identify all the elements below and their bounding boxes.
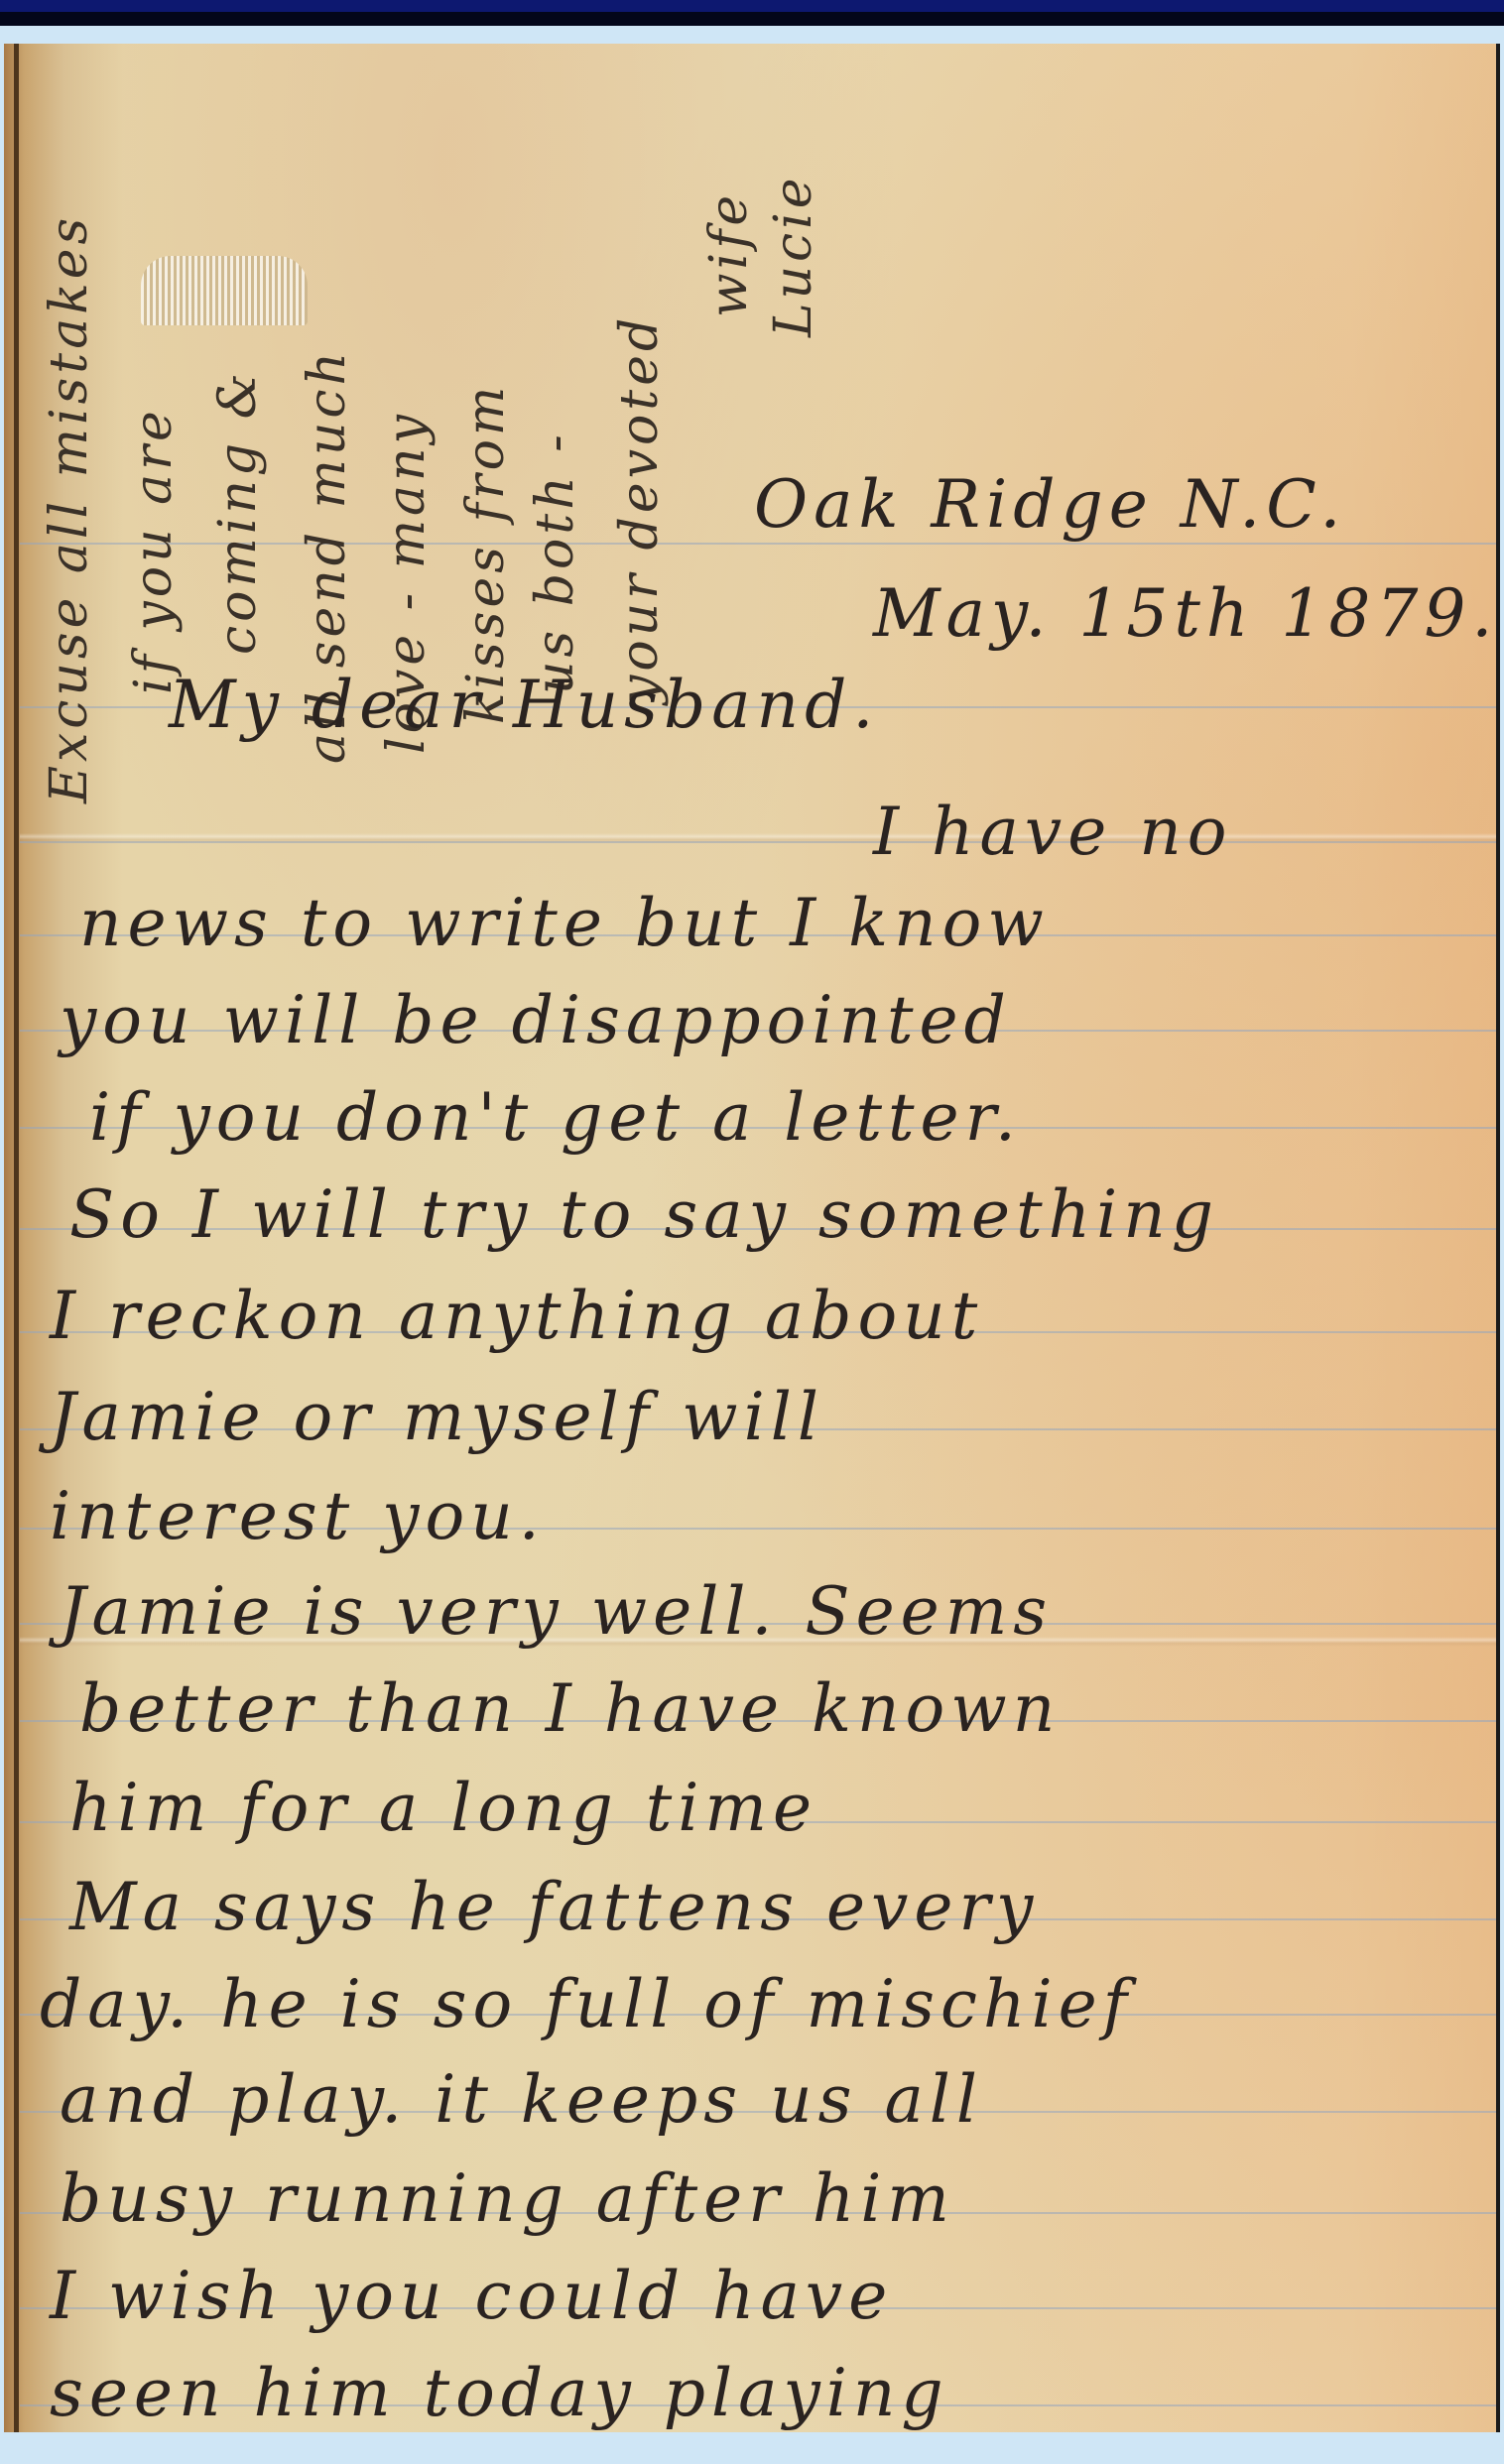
paper-fold-crease xyxy=(20,833,1496,843)
letter-body-line: if you don't get a letter. xyxy=(89,1079,1022,1156)
letter-body-line: him for a long time xyxy=(69,1770,817,1846)
letter-body-line: I wish you could have xyxy=(50,2258,893,2334)
letter-date: May. 15th 1879. xyxy=(873,575,1498,652)
letter-body-line: I have no xyxy=(873,794,1232,870)
letter-salutation: My dear Husband. xyxy=(169,667,879,743)
letter-body-line: you will be disappointed xyxy=(60,982,1012,1058)
letter-body-line: day. he is so full of mischief xyxy=(40,1966,1133,2042)
margin-note-line: Lucie xyxy=(764,174,823,337)
scan-top-border xyxy=(0,0,1504,12)
margin-note-line: if you are xyxy=(124,407,184,694)
letter-body-line: seen him today playing xyxy=(50,2355,949,2431)
letter-body-line: news to write but I know xyxy=(79,885,1050,961)
letter-body-line: and play. it keeps us all xyxy=(60,2061,983,2138)
letter-body-line: busy running after him xyxy=(60,2160,955,2237)
embossed-stamp-icon xyxy=(141,256,308,325)
letter-body-line: Ma says he fattens every xyxy=(69,1869,1039,1945)
letter-body-line: So I will try to say something xyxy=(69,1176,1219,1253)
scan-top-shadow xyxy=(0,12,1504,26)
letter-place: Oak Ridge N.C. xyxy=(754,466,1346,543)
page-fold-edge xyxy=(14,44,19,2432)
letter-body-line: Jamie is very well. Seems xyxy=(60,1573,1053,1650)
letter-body-line: interest you. xyxy=(50,1478,546,1554)
margin-note-line: your devoted xyxy=(610,314,670,704)
letter-body-line: Jamie or myself will xyxy=(50,1379,824,1455)
margin-note-line: wife xyxy=(699,191,759,317)
margin-note-line: us both - xyxy=(526,431,585,694)
margin-note-line: Excuse all mistakes xyxy=(40,214,99,803)
page-right-edge xyxy=(1496,44,1500,2432)
margin-note-line: coming & xyxy=(208,369,268,655)
letter-body-line: I reckon anything about xyxy=(50,1278,983,1354)
letter-body-line: better than I have known xyxy=(79,1670,1061,1747)
